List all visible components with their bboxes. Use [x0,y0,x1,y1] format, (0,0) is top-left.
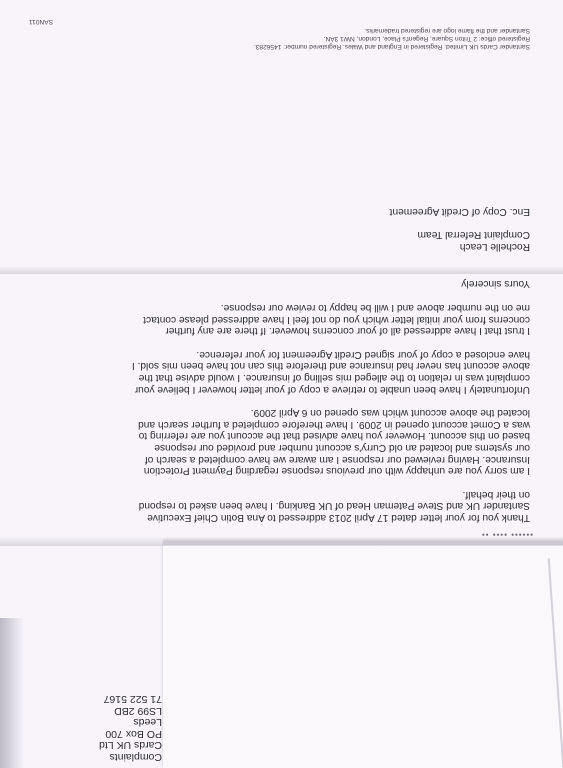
sender-address-block: Complaints Cards UK Ltd PO Box 700 Leeds… [99,693,162,762]
signatory-team: Complaint Referral Team [130,229,530,241]
scanned-letter-page: Complaints Cards UK Ltd PO Box 700 Leeds… [0,0,563,768]
paragraph-intro: Thank you for your letter dated 17 April… [130,488,530,523]
address-line: PO Box 700 [99,728,162,740]
redaction-overlay [163,543,563,768]
address-line: Complaints [99,751,162,763]
footer-line: Santander and the flame logo are registe… [30,25,530,33]
scan-edge-shadow [0,618,24,768]
scan-smudge [0,536,563,546]
signatory-name: Rochelle Leach [130,240,530,252]
paragraph-closing: I trust that I have addressed all of you… [130,302,530,337]
footer-line: Registered office: 2 Triton Square, Rege… [30,34,530,42]
phone-number: 71 522 5167 [99,693,162,705]
legal-footer: Santander Cards UK Limited. Registered i… [30,25,530,50]
document-code: SAN011 [29,18,53,25]
paragraph-findings: Unfortunately I have been unable to retr… [130,348,530,394]
address-line: LS99 2BD [99,705,162,717]
address-line: Cards UK Ltd [99,739,162,751]
signoff-block: Yours sincerely Rochelle Leach Complaint… [130,205,530,289]
footer-line: Santander Cards UK Limited. Registered i… [30,42,530,50]
scan-smudge [0,266,563,274]
paragraph-apology: I am sorry you are unhappy with our prev… [130,407,530,477]
reference-line: •••••• •••• •• [481,530,533,539]
letter-body: Thank you for your letter dated 17 April… [130,205,530,523]
address-line: Leeds [99,716,162,728]
enclosure-note: Enc. Copy of Credit Agreement [130,205,530,217]
closing-salutation: Yours sincerely [130,278,530,290]
overlay-fold-line [548,558,563,768]
